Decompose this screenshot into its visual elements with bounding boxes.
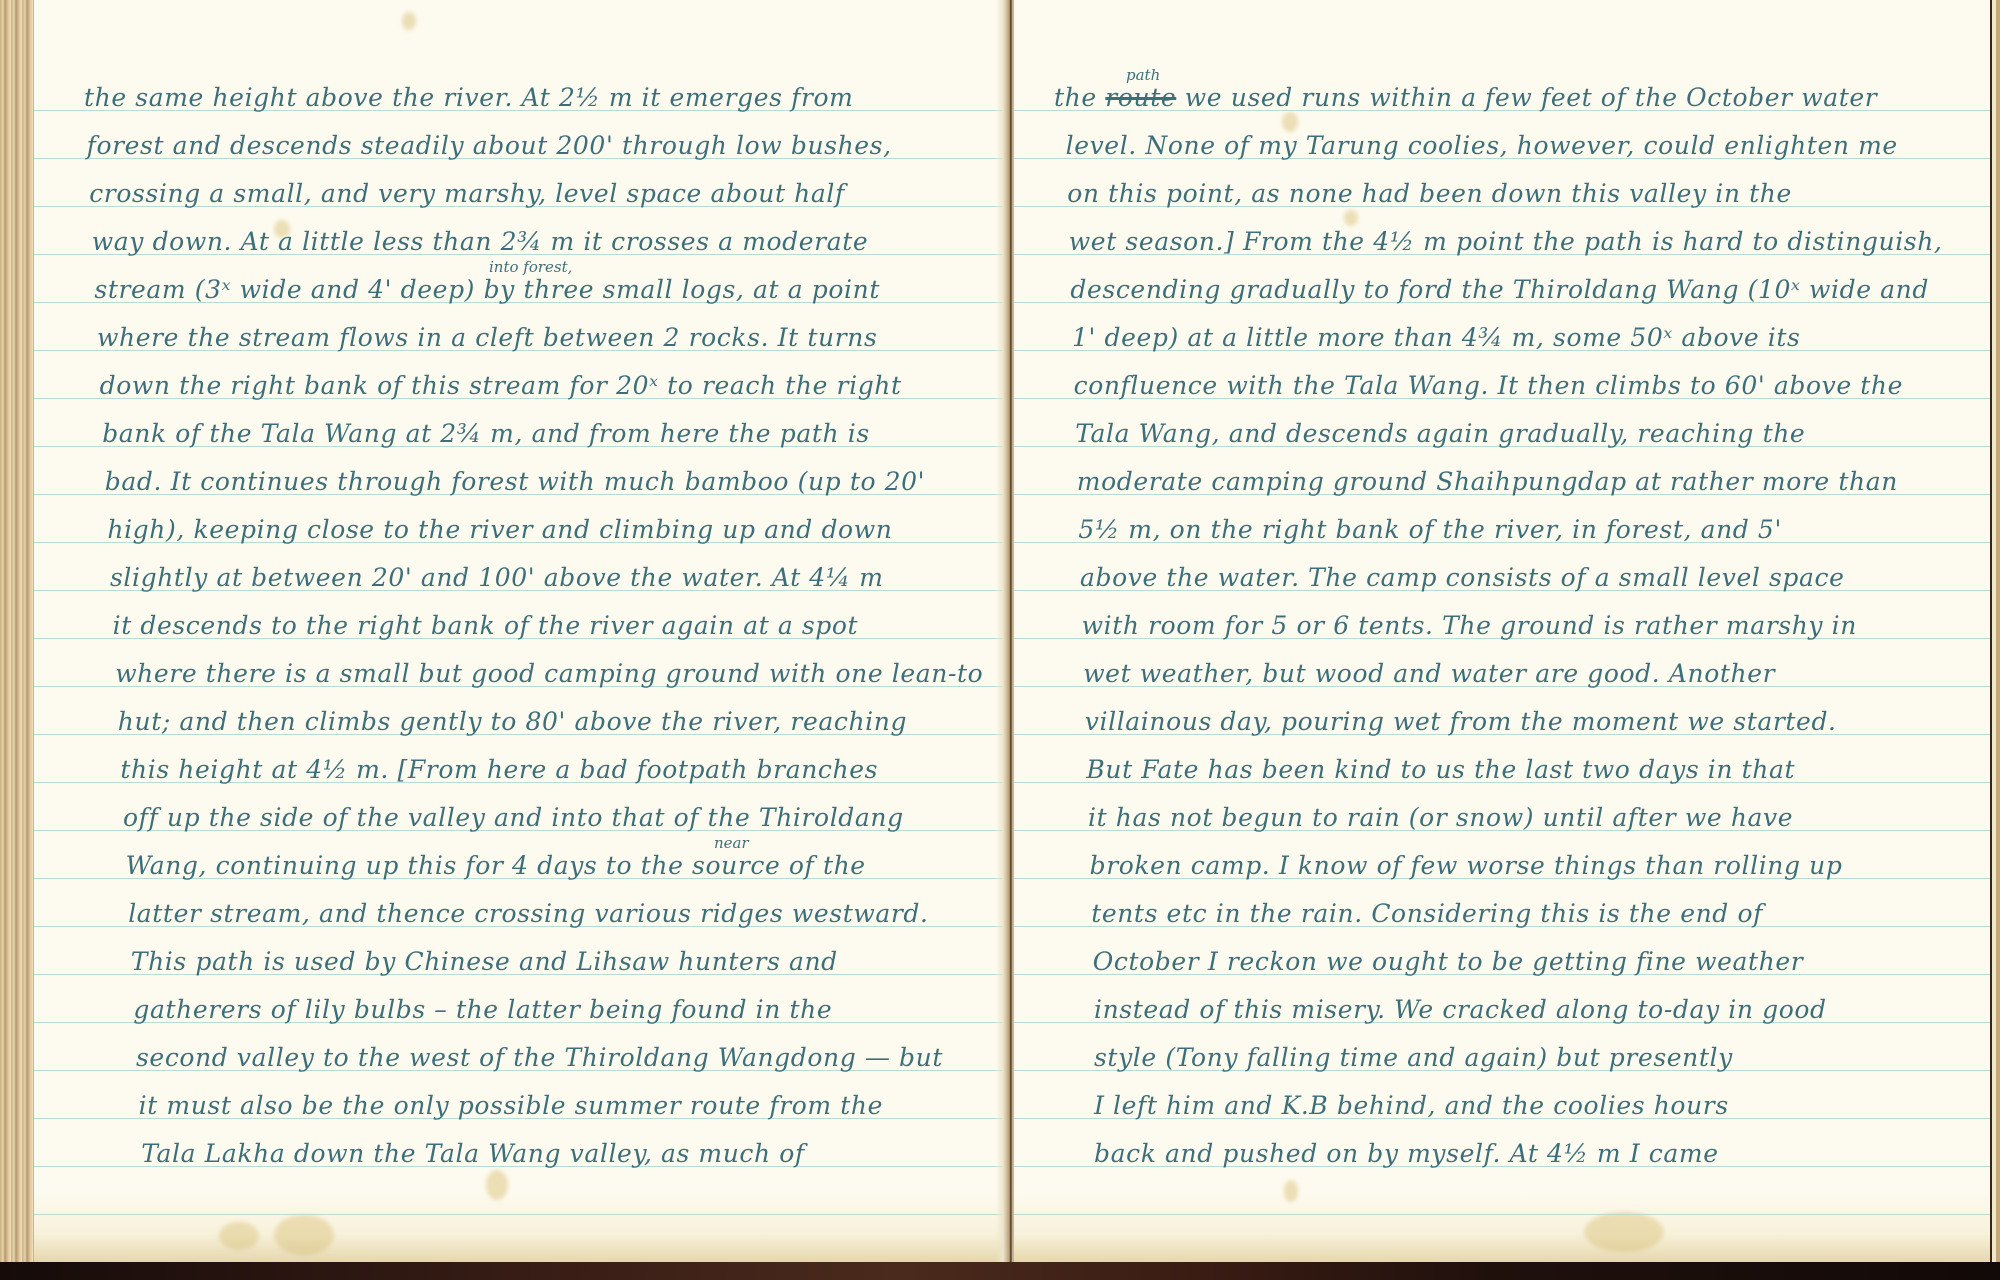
handwritten-line: villainous day, pouring wet from the mom… (1085, 707, 1837, 737)
handwritten-line: off up the side of the valley and into t… (123, 803, 904, 833)
page-edges-right (1990, 0, 2000, 1262)
foxing-stain (1284, 1180, 1298, 1202)
handwritten-line: broken camp. I know of few worse things … (1090, 851, 1843, 881)
handwritten-line: crossing a small, and very marshy, level… (89, 179, 845, 209)
foxing-stain (274, 1215, 334, 1255)
handwritten-line: confluence with the Tala Wang. It then c… (1074, 371, 1903, 401)
handwritten-line: bank of the Tala Wang at 2¾ m, and from … (102, 419, 870, 449)
handwritten-line: forest and descends steadily about 200' … (87, 131, 892, 161)
handwritten-line: the same height above the river. At 2½ m… (84, 83, 853, 113)
handwritten-line: hut; and then climbs gently to 80' above… (118, 707, 907, 737)
table-surface (0, 1262, 2000, 1280)
handwritten-line: tents etc in the rain. Considering this … (1091, 899, 1763, 929)
handwritten-line: it descends to the right bank of the riv… (113, 611, 859, 641)
foxing-stain (1344, 210, 1358, 226)
handwritten-line: with room for 5 or 6 tents. The ground i… (1082, 611, 1857, 641)
handwritten-line: Tala Lakha down the Tala Wang valley, as… (141, 1139, 805, 1169)
foxing-stain (402, 12, 416, 30)
handwritten-line: level. None of my Tarung coolies, howeve… (1066, 131, 1898, 161)
handwritten-line: high), keeping close to the river and cl… (107, 515, 892, 545)
handwritten-line: gatherers of lily bulbs – the latter bei… (133, 995, 832, 1025)
handwritten-line: it must also be the only possible summer… (139, 1091, 883, 1121)
struck-through-word: route (1105, 83, 1176, 112)
handwritten-line: way down. At a little less than 2¾ m it … (92, 227, 868, 257)
handwritten-line: Tala Wang, and descends again gradually,… (1075, 419, 1805, 449)
handwritten-line: back and pushed on by myself. At 4½ m I … (1094, 1139, 1719, 1169)
handwritten-line: October I reckon we ought to be getting … (1093, 947, 1804, 977)
handwritten-line: 1' deep) at a little more than 4¾ m, som… (1072, 323, 1800, 353)
handwritten-line: bad. It continues through forest with mu… (105, 467, 925, 497)
handwritten-line: this height at 4½ m. [From here a bad fo… (120, 755, 878, 785)
ruled-line (34, 1214, 1012, 1215)
left-page: the same height above the river. At 2½ m… (34, 0, 1012, 1262)
handwritten-line: wet season.] From the 4½ m point the pat… (1069, 227, 1943, 257)
handwritten-line: above the water. The camp consists of a … (1080, 563, 1845, 593)
handwritten-line: where there is a small but good camping … (115, 659, 983, 689)
handwritten-line: 5½ m, on the right bank of the river, in… (1078, 515, 1782, 545)
handwritten-line: instead of this misery. We cracked along… (1094, 995, 1827, 1025)
handwritten-line: on this point, as none had been down thi… (1067, 179, 1792, 209)
handwritten-line: But Fate has been kind to us the last tw… (1086, 755, 1795, 785)
interlinear-insertion: near (714, 834, 749, 852)
handwritten-line: moderate camping ground Shaihpungdap at … (1077, 467, 1898, 497)
handwritten-line: latter stream, and thence crossing vario… (128, 899, 928, 929)
handwritten-line: second valley to the west of the Thirold… (136, 1043, 943, 1073)
foxing-stain (486, 1170, 508, 1200)
foxing-stain (1282, 112, 1298, 132)
handwritten-line: Wang, continuing up this for 4 days to t… (126, 851, 866, 881)
handwritten-line: This path is used by Chinese and Lihsaw … (131, 947, 838, 977)
right-page: the route we used runs within a few feet… (1014, 0, 1990, 1262)
handwritten-line: descending gradually to ford the Thirold… (1070, 275, 1929, 305)
handwritten-line: where the stream flows in a cleft betwee… (97, 323, 877, 353)
handwritten-line: slightly at between 20' and 100' above t… (110, 563, 884, 593)
handwritten-line: I left him and K.B behind, and the cooli… (1094, 1091, 1729, 1121)
handwritten-line: style (Tony falling time and again) but … (1094, 1043, 1733, 1073)
foxing-stain (219, 1222, 259, 1250)
notebook-spread: the same height above the river. At 2½ m… (0, 0, 2000, 1262)
interlinear-insertion: into forest, (489, 258, 572, 276)
handwritten-line: the route we used runs within a few feet… (1054, 83, 1877, 113)
handwritten-line: wet weather, but wood and water are good… (1083, 659, 1775, 689)
interlinear-insertion: path (1126, 66, 1160, 84)
ruled-line (1014, 1214, 1990, 1215)
handwritten-line: stream (3ˣ wide and 4' deep) by three sm… (94, 275, 880, 305)
handwritten-line: it has not begun to rain (or snow) until… (1088, 803, 1793, 833)
foxing-stain (1584, 1212, 1664, 1252)
handwritten-line: down the right bank of this stream for 2… (100, 371, 902, 401)
page-edges-left (0, 0, 34, 1262)
